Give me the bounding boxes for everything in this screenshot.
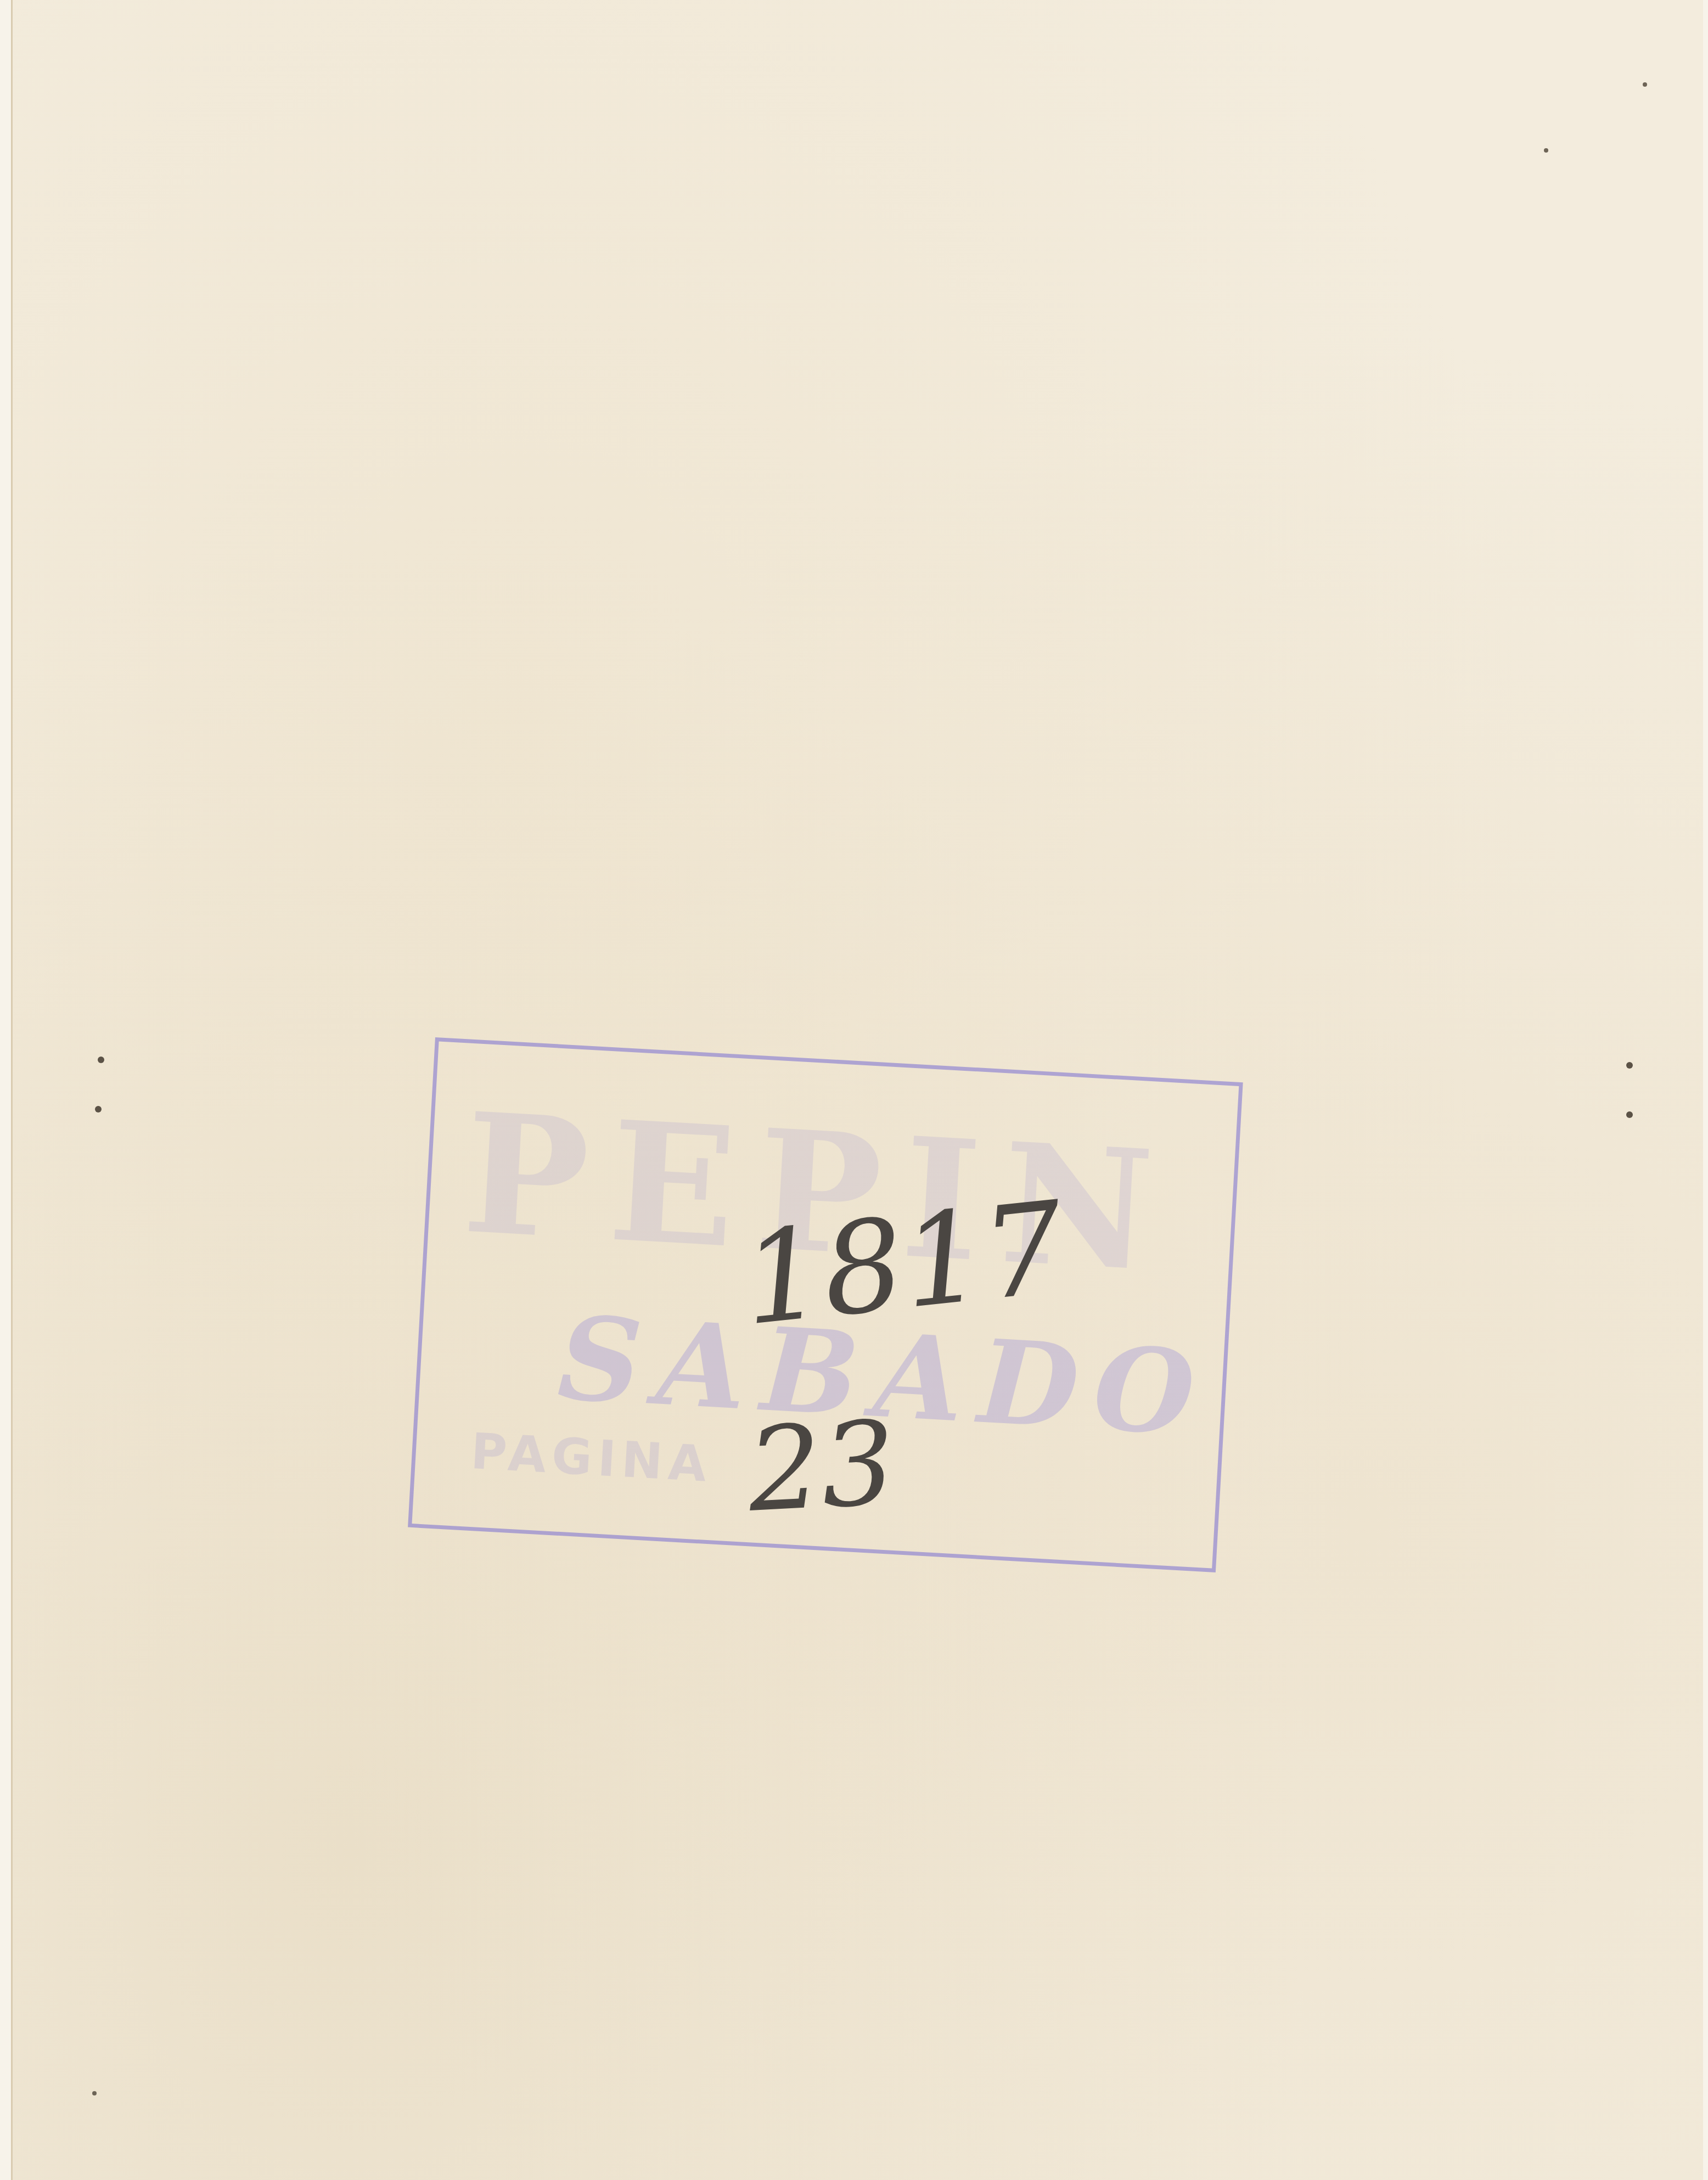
speck xyxy=(1544,148,1548,153)
pencil-page-number: 23 xyxy=(745,1396,898,1538)
speck xyxy=(1626,1062,1633,1069)
speck xyxy=(98,1057,104,1063)
speck xyxy=(92,2091,97,2095)
stamp-page-label: PAGINA xyxy=(469,1423,713,1493)
speck xyxy=(1626,1111,1633,1118)
speck xyxy=(95,1106,102,1113)
card-verso: PEPIN SABADO PAGINA 1817 23 xyxy=(11,0,1703,2180)
speck xyxy=(1643,82,1647,87)
